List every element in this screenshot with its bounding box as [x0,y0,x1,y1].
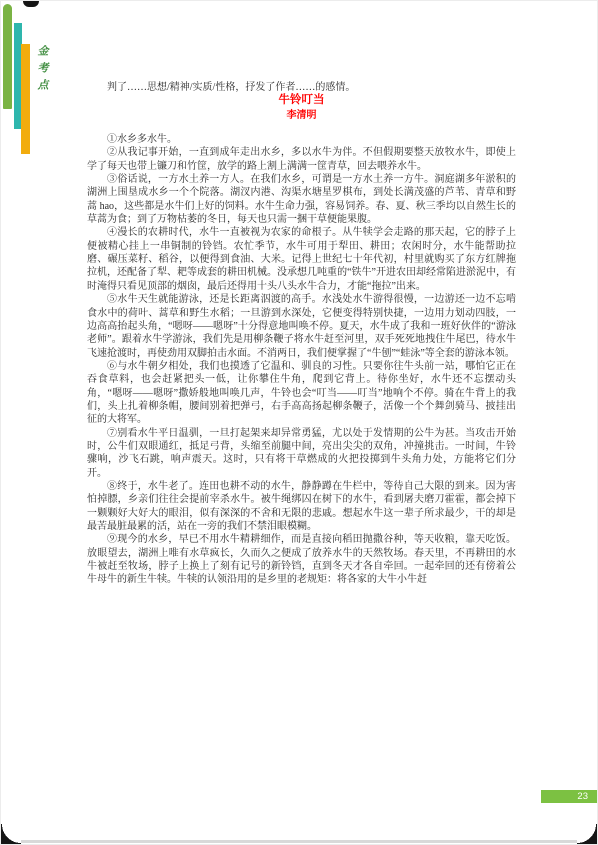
article-paragraph: ⑦别看水牛平日温驯，一旦打起架来却异常勇猛，尤以处于发情期的公牛为甚。当攻击开始… [87,427,516,480]
page-number-badge: 23 [541,790,597,803]
document-page: 金考点 判了……思想/精神/实质/性格，抒发了作者……的感情。 牛铃叮当 李清明… [0,0,598,845]
article-paragraph: ③俗话说，一方水土养一方人。在我们水乡，可谓是一方水土养一方牛。洞庭湖多年淤积的… [87,173,516,226]
article-paragraph: ⑧终于，水牛老了。连田也耕不动的水牛，静静蹲在牛栏中，等待自己大限的到来。因为害… [87,480,516,533]
scan-corner-mark [23,1,39,7]
article-paragraph: ①水乡多水牛。 [87,133,516,146]
article-content: 判了……思想/精神/实质/性格，抒发了作者……的感情。 牛铃叮当 李清明 ①水乡… [87,81,516,587]
article-paragraph: ⑨现今的水乡，早已不用水牛精耕细作，而是直接向稻田抛撒谷种，等天收粮，靠天吃饭。… [87,533,516,586]
sidebar-brand-label: 金考点 [34,45,50,96]
page-bottom-edge [1,840,597,843]
article-paragraph: ④漫长的农耕时代，水牛一直被视为农家的命根子。从牛犊学会走路的那天起，它的脖子上… [87,226,516,293]
article-author: 李清明 [87,109,516,122]
carryover-text: 判了……思想/精神/实质/性格，抒发了作者……的感情。 [87,81,516,94]
article-paragraph: ⑤水牛天生就能游泳，还是长距离泅渡的高手。水浅处水牛游得很慢，一边游还一边不忘啃… [87,293,516,360]
article-title: 牛铃叮当 [87,94,516,107]
article-paragraph: ⑥与水牛朝夕相处，我们也摸透了它温和、驯良的习性。只要你往牛头前一站，哪怕它正在… [87,360,516,427]
scan-corner-bottom-left [1,824,21,844]
decor-bar-yellow [21,44,30,154]
article-paragraph: ②从我记事开始，一直到成年走出水乡，多以水牛为伴。不但假期要整天放牧水牛，即使上… [87,146,516,173]
scan-corner-bottom-right [577,824,597,844]
decor-bar-green [3,4,12,109]
